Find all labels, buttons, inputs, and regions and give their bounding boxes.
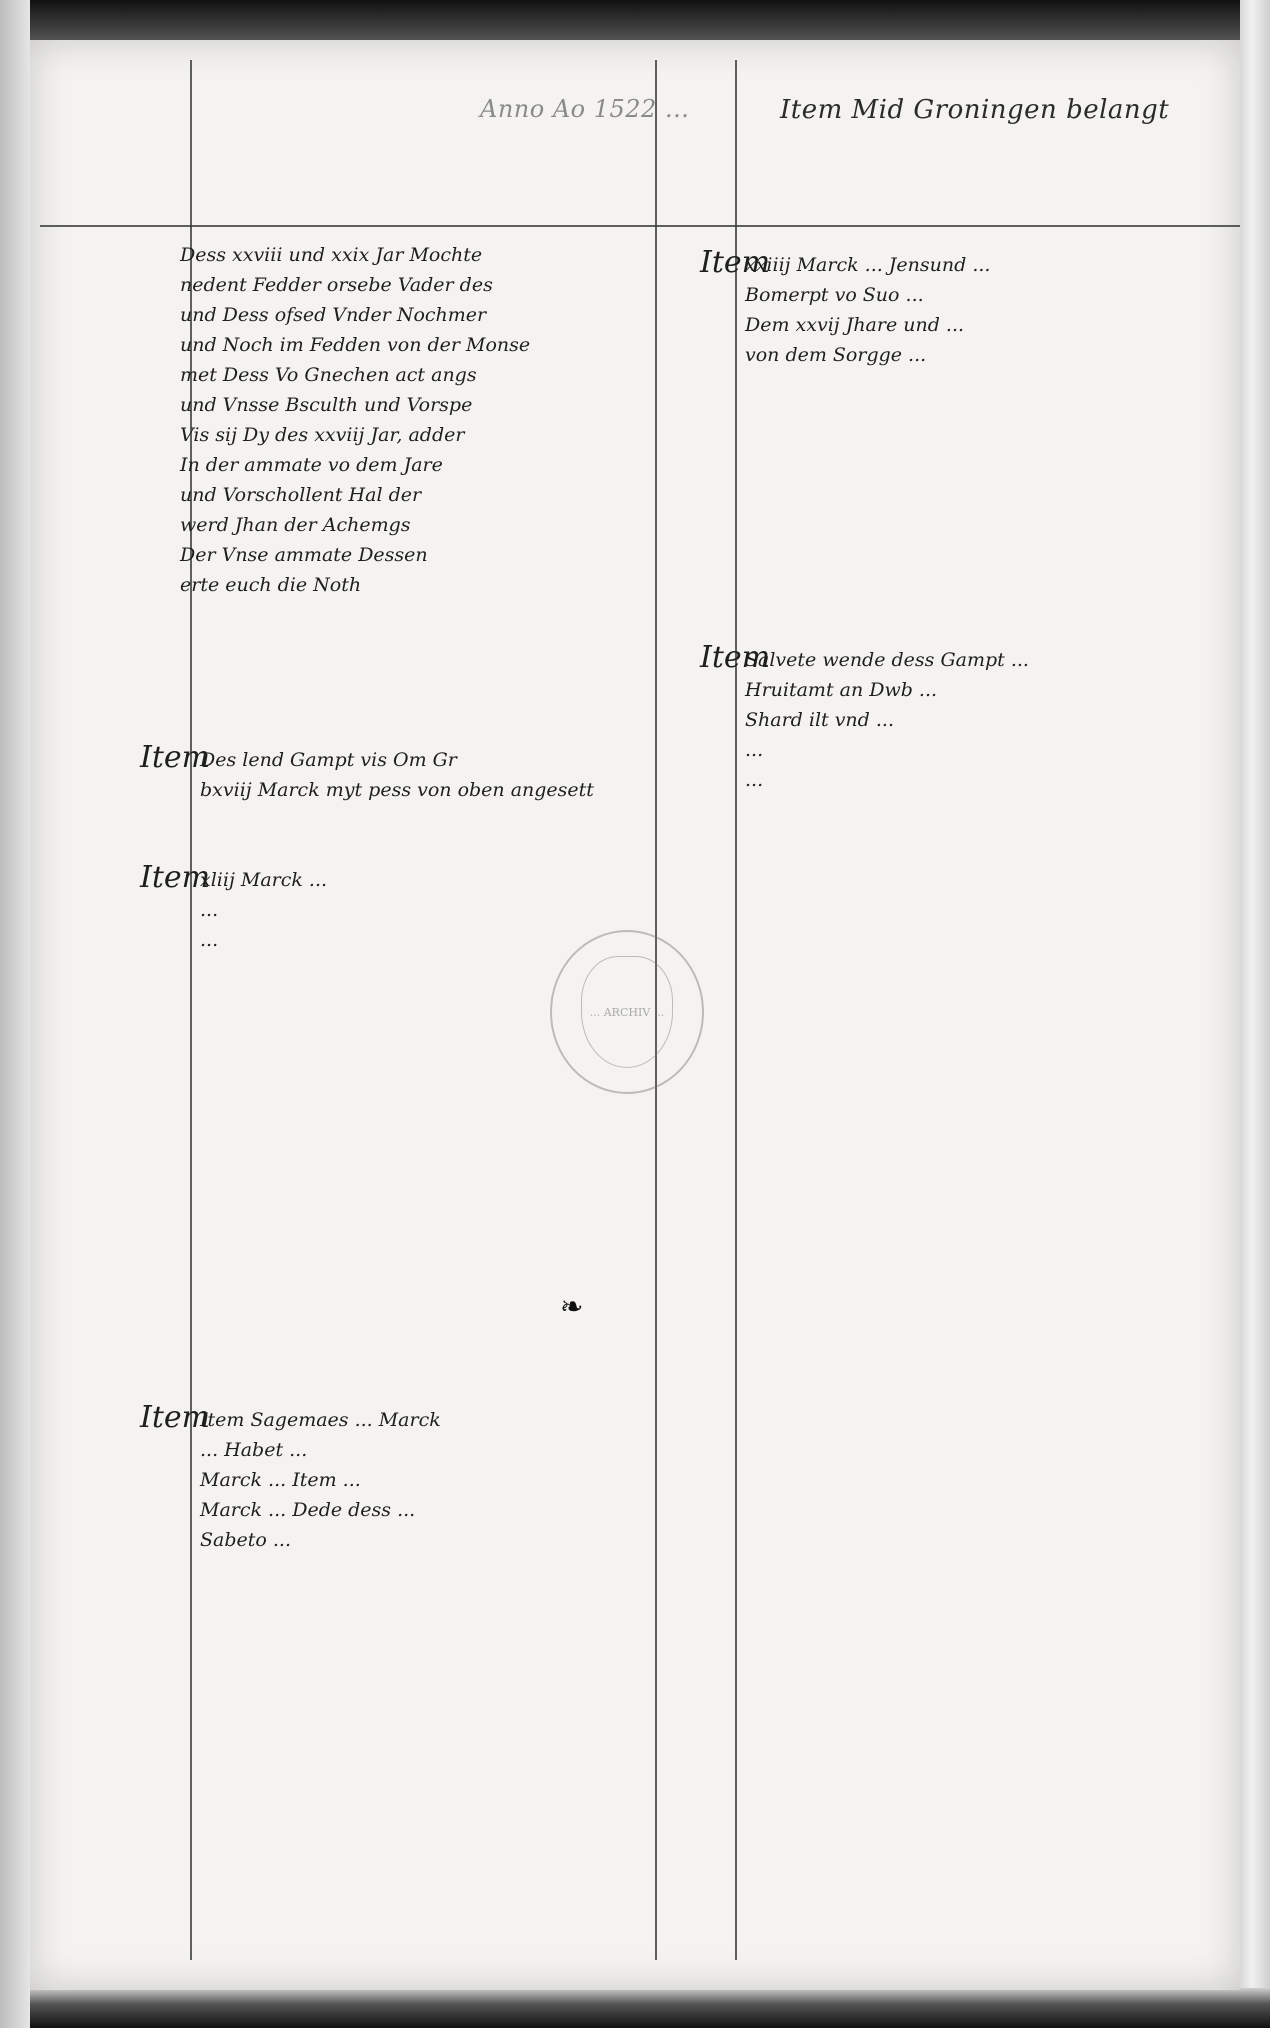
ink-blot: ❧ (560, 1290, 583, 1323)
line: bxviij Marck myt pess von oben angesett (200, 775, 660, 805)
line: Dess xxviii und xxix Jar Mochte (180, 240, 650, 270)
header-faded-text: Anno Ao 1522 ... (480, 95, 689, 123)
line: erte euch die Noth (180, 570, 650, 600)
line: Vis sij Dy des xxviij Jar, adder (180, 420, 650, 450)
line: ... (200, 895, 660, 925)
line: Der Vnse ammate Dessen (180, 540, 650, 570)
column-rule-center-right (735, 60, 737, 1960)
line: Salvete wende dess Gampt ... (745, 645, 1225, 675)
left-entry-2: Des lend Gampt vis Om Gr bxviij Marck my… (200, 745, 660, 805)
line: von dem Sorgge ... (745, 340, 1225, 370)
page-left-edge (0, 0, 30, 2028)
line: ... (745, 735, 1225, 765)
line: met Dess Vo Gnechen act angs (180, 360, 650, 390)
line: und Noch im Fedden von der Monse (180, 330, 650, 360)
left-entry-1: Dess xxviii und xxix Jar Mochte nedent F… (180, 240, 650, 600)
right-entry-2: Salvete wende dess Gampt ... Hruitamt an… (745, 645, 1225, 795)
line: Marck ... Item ... (200, 1465, 660, 1495)
line: Sabeto ... (200, 1525, 660, 1555)
line: und Dess ofsed Vnder Nochmer (180, 300, 650, 330)
line: Marck ... Dede dess ... (200, 1495, 660, 1525)
line: werd Jhan der Achemgs (180, 510, 650, 540)
line: Bomerpt vo Suo ... (745, 280, 1225, 310)
line: In der ammate vo dem Jare (180, 450, 650, 480)
page-bottom-edge (30, 1988, 1270, 2028)
line: Item Sagemaes ... Marck (200, 1405, 660, 1435)
line: xliij Marck ... (200, 865, 660, 895)
line: und Vorschollent Hal der (180, 480, 650, 510)
right-entry-1: xxiiij Marck ... Jensund ... Bomerpt vo … (745, 250, 1225, 370)
stamp-crest: ... ARCHIV ... (581, 956, 673, 1068)
line: Des lend Gampt vis Om Gr (200, 745, 660, 775)
page-right-edge (1240, 0, 1270, 2028)
line: xxiiij Marck ... Jensund ... (745, 250, 1225, 280)
line: ... Habet ... (200, 1435, 660, 1465)
line: Dem xxvij Jhare und ... (745, 310, 1225, 340)
line: ... (745, 765, 1225, 795)
stamp-text: ... ARCHIV ... (590, 1006, 665, 1019)
archive-stamp: ... ARCHIV ... (550, 930, 704, 1094)
line: und Vnsse Bsculth und Vorspe (180, 390, 650, 420)
header-rule (40, 225, 1240, 227)
line: Shard ilt vnd ... (745, 705, 1225, 735)
line: Hruitamt an Dwb ... (745, 675, 1225, 705)
header-title: Item Mid Groningen belangt (780, 95, 1169, 125)
left-closing-entry: Item Sagemaes ... Marck ... Habet ... Ma… (200, 1405, 660, 1555)
line: nedent Fedder orsebe Vader des (180, 270, 650, 300)
